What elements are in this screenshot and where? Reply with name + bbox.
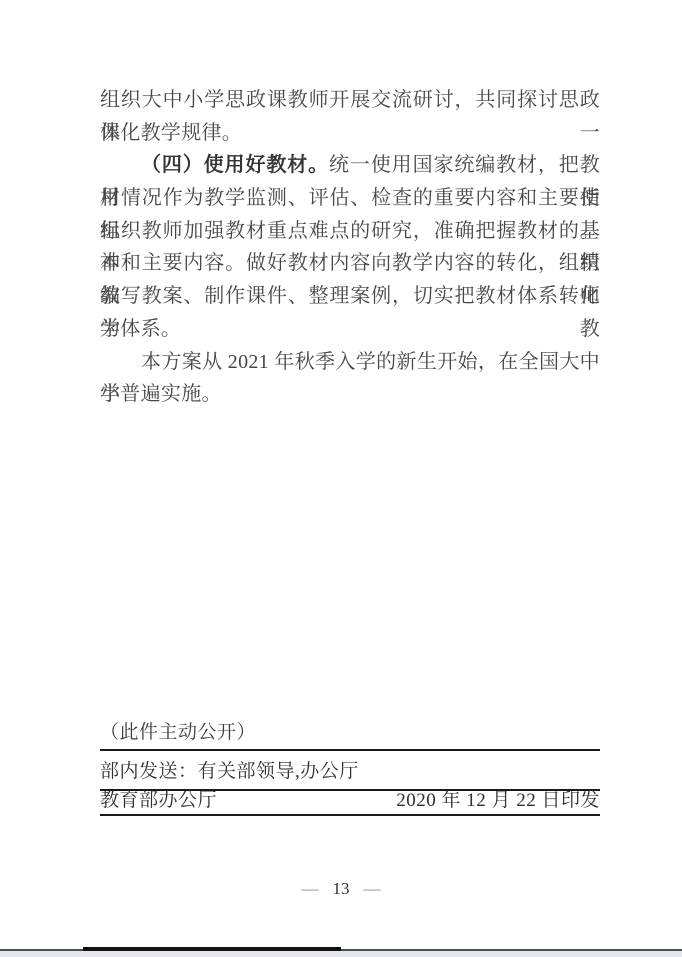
body-line: 用情况作为教学监测、评估、检查的重要内容和主要指标。: [100, 182, 600, 215]
body-line: （四）使用好教材。统一使用国家统编教材，把教材使: [100, 149, 600, 182]
footer-divider-top: [100, 749, 600, 751]
page-number-dash-left: —: [302, 879, 319, 898]
body-line: 本方案从 2021 年秋季入学的新生开始，在全国大中小: [100, 346, 600, 379]
page-number-dash-right: —: [364, 879, 381, 898]
issuer-name: 教育部办公厅: [100, 790, 217, 812]
body-line: 编写教案、制作课件、整理案例，切实把教材体系转化为教: [100, 280, 600, 313]
body-line: 组织教师加强教材重点难点的研究，准确把握教材的基本精: [100, 215, 600, 248]
issue-date: 2020 年 12 月 22 日印发: [396, 790, 600, 812]
issue-row: 教育部办公厅 2020 年 12 月 22 日印发: [100, 790, 600, 812]
body-text: 组织大中小学思政课教师开展交流研讨，共同探讨思政课一 体化教学规律。 （四）使用…: [100, 84, 600, 411]
footer-divider-bottom: [100, 814, 600, 816]
body-line: 学普遍实施。: [100, 378, 600, 411]
body-line: 神和主要内容。做好教材内容向教学内容的转化，组织教师: [100, 247, 600, 280]
page-number-value: 13: [319, 879, 364, 898]
page-number: —13—: [0, 878, 682, 900]
next-page-edge: [83, 947, 341, 951]
document-page: 组织大中小学思政课教师开展交流研讨，共同探讨思政课一 体化教学规律。 （四）使用…: [0, 0, 682, 957]
distribution-line: 部内发送：有关部领导,办公厅: [100, 759, 600, 785]
disclosure-note: （此件主动公开）: [100, 721, 600, 745]
section-heading: （四）使用好教材。: [141, 154, 329, 176]
body-line: 组织大中小学思政课教师开展交流研讨，共同探讨思政课一: [100, 84, 600, 117]
